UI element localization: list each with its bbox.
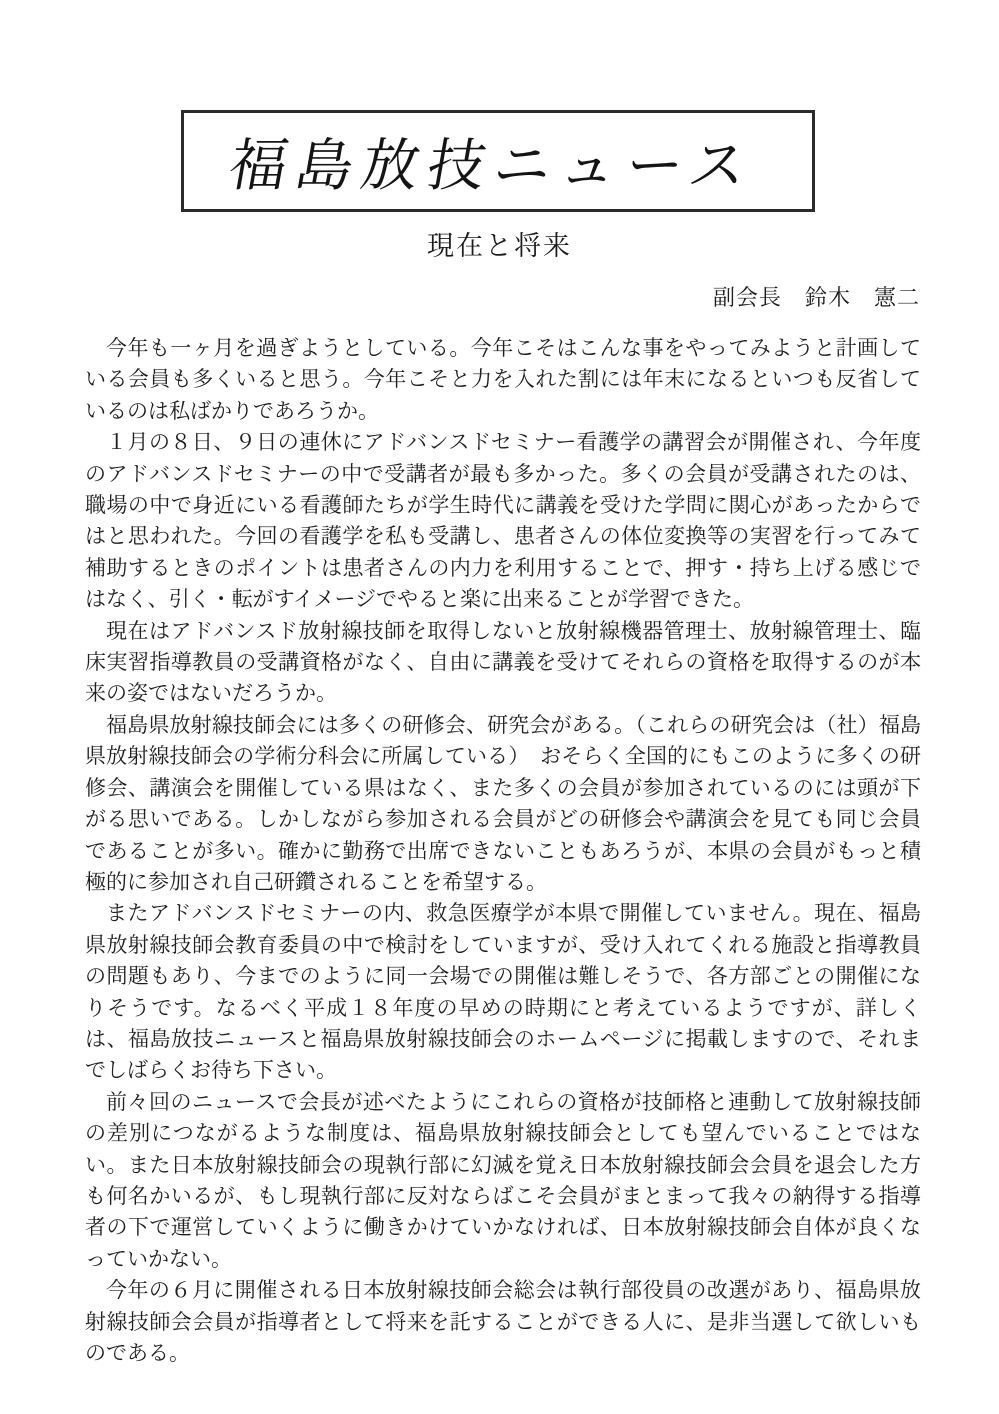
paragraph: 今年も一ヶ月を過ぎようとしている。今年こそはこんな事をやってみようと計画している… [85,333,921,427]
paragraph: 前々回のニュースで会長が述べたようにこれらの資格が技師格と連動して放射線技師の差… [85,1087,921,1275]
paragraph: 現在はアドバンスド放射線技師を取得しないと放射線機器管理士、放射線管理士、臨床実… [85,616,921,710]
paragraph: またアドバンスドセミナーの内、救急医療学が本県で開催していません。現在、福島県放… [85,898,921,1086]
article-byline: 副会長 鈴木 憲二 [713,281,920,312]
article-title: 現在と将来 [0,224,999,263]
paragraph: 今年の６月に開催される日本放射線技師会総会は執行部役員の改選があり、福島県放射線… [85,1275,921,1369]
paragraph: 福島県放射線技師会には多くの研修会、研究会がある。（これらの研究会は（社）福島県… [85,710,921,898]
paragraph: １月の８日、９日の連休にアドバンスドセミナー看護学の講習会が開催され、今年度のア… [85,427,921,615]
newsletter-masthead-title: 福島放技ニュース [224,120,773,202]
document-page: 福島放技ニュース 現在と将来 副会長 鈴木 憲二 今年も一ヶ月を過ぎようとしてい… [0,0,999,1414]
masthead-box: 福島放技ニュース [181,110,815,212]
article-body: 今年も一ヶ月を過ぎようとしている。今年こそはこんな事をやってみようと計画している… [85,333,921,1369]
